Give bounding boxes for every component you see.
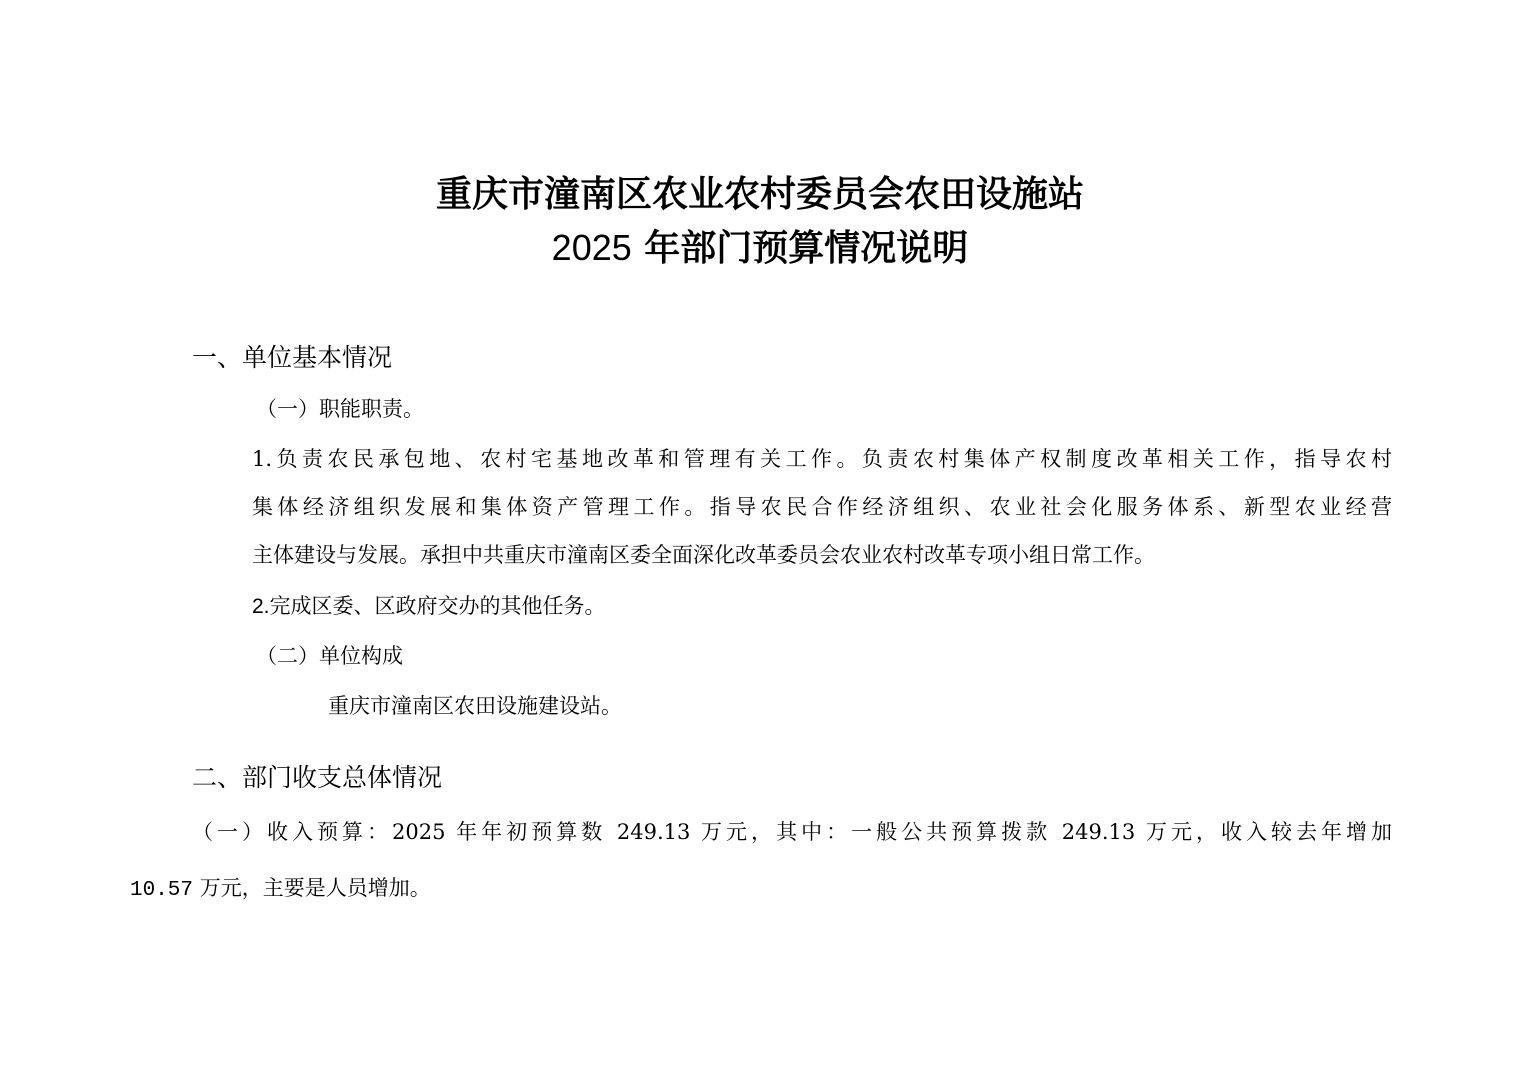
duty-item-2: 2.完成区委、区政府交办的其他任务。 [252,591,606,622]
title-year: 2025 [552,227,632,268]
revenue-budget-line-1: （一）收入预算：2025 年年初预算数 249.13 万元，其中：一般公共预算拨… [192,817,1392,847]
revenue-budget-line-2: 10.57 万元，主要是人员增加。 [130,873,431,906]
unit-composition-text: 重庆市潼南区农田设施建设站。 [328,691,622,721]
document-title-line-1: 重庆市潼南区农业农村委员会农田设施站 [0,170,1520,218]
document-page: 重庆市潼南区农业农村委员会农田设施站 2025 年部门预算情况说明 一、单位基本… [0,0,1520,1074]
revenue-increase-amount: 10.57 [130,879,193,902]
subsection-heading-composition: （二）单位构成 [256,641,403,671]
section-heading-revenue-expenditure: 二、部门收支总体情况 [192,760,442,796]
duty-item-1-line-1: 1.负责农民承包地、农村宅基地改革和管理有关工作。负责农村集体产权制度改革相关工… [252,444,1392,474]
document-title-line-2: 2025 年部门预算情况说明 [0,224,1520,273]
subsection-heading-duties: （一）职能职责。 [256,394,424,424]
title-rest: 年部门预算情况说明 [632,227,969,269]
duty-item-1-line-2: 集体经济组织发展和集体资产管理工作。指导农民合作经济组织、农业社会化服务体系、新… [252,492,1392,522]
duty-item-1-line-3: 主体建设与发展。承担中共重庆市潼南区委全面深化改革委员会农业农村改革专项小组日常… [252,540,1392,570]
total-budget-amount: 249.13 [617,820,690,844]
section-heading-basic-info: 一、单位基本情况 [192,340,392,376]
general-public-budget-amount: 249.13 [1062,820,1135,844]
